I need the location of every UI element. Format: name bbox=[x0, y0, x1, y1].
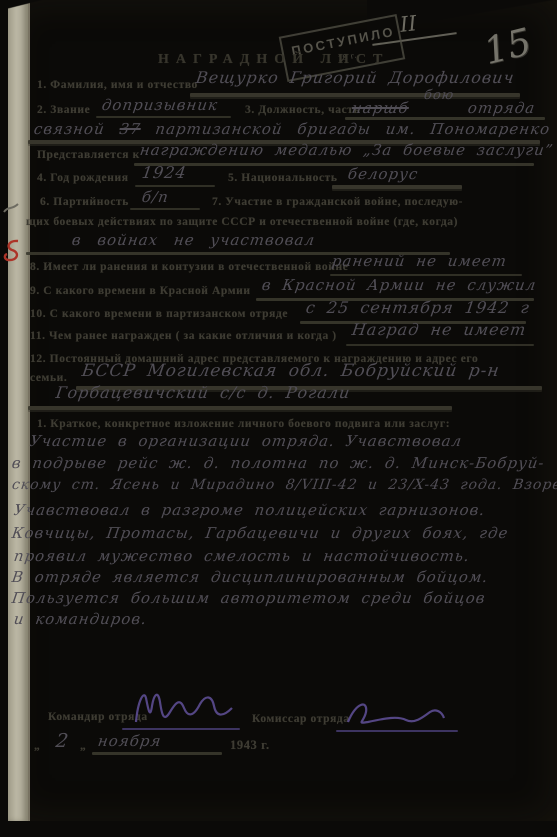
date-quote-close: „ bbox=[80, 740, 86, 752]
feat-line: Ковчицы, Протасы, Гарбацевичи и других б… bbox=[11, 524, 510, 542]
field-address-value1: БССР Могилевская обл. Бобруйский р-н bbox=[81, 361, 501, 381]
field-warservice-label2: щих боевых действиях по защите СССР и от… bbox=[26, 216, 458, 228]
date-month: ноября bbox=[97, 732, 163, 750]
document-scan: II 15 ПОСТУПИЛО 19 г. НАГРАДНОЙ ЛИСТ 1. … bbox=[0, 0, 557, 837]
underlying-page-edge bbox=[8, 0, 30, 822]
feat-line: Пользуется большим авторитетом среди бой… bbox=[11, 589, 487, 607]
field-redarmy-value: в Красной Армии не служил bbox=[261, 276, 538, 294]
field-address-value2: Горбацевичский с/с д. Рогали bbox=[55, 383, 352, 402]
field-position-unit-a: связной bbox=[33, 120, 106, 138]
date-quote-open: „ bbox=[34, 740, 40, 752]
commissar-label: Комиссар отряда bbox=[252, 713, 350, 725]
red-margin-mark bbox=[2, 238, 24, 264]
field-name-label: 1. Фамилия, имя и отчество bbox=[37, 79, 198, 91]
field-rank-value: допризывник bbox=[101, 96, 220, 114]
field-name-value: Вещурко Григорий Дорофилович bbox=[195, 68, 516, 87]
feat-heading: 1. Краткое, конкретное изложение личного… bbox=[37, 418, 450, 430]
presented-value: награждению медалью „За боевые заслуги” bbox=[139, 141, 555, 159]
document-title: НАГРАДНОЙ ЛИСТ bbox=[158, 52, 389, 68]
field-birthyear-label: 4. Год рождения bbox=[37, 172, 129, 184]
scan-bottom-edge bbox=[0, 821, 557, 837]
date-year: 1943 г. bbox=[230, 738, 270, 753]
feat-line: Учавствовал в разгроме полицейских гарни… bbox=[13, 501, 487, 519]
feat-line: Участие в организации отряда. Учавствова… bbox=[29, 432, 464, 450]
field-partisan-since-label: 10. С какого времени в партизанском отря… bbox=[30, 308, 288, 320]
feat-line: проявил мужество смелость и настойчивост… bbox=[13, 547, 471, 565]
roman-numeral-mark: II bbox=[399, 11, 418, 37]
feat-line: В отряде является дисциплинированным бой… bbox=[11, 568, 490, 586]
field-party-label: 6. Партийность bbox=[40, 196, 129, 208]
feat-line: в подрыве рейс ж. д. полотна по ж. д. Ми… bbox=[11, 454, 546, 472]
field-warservice-value: в войнах не участвовал bbox=[71, 231, 317, 249]
field-nationality-value: белорус bbox=[347, 165, 420, 183]
field-position-label: 3. Должность, часть bbox=[245, 104, 360, 116]
presented-label: Представляется к bbox=[37, 149, 140, 161]
feat-line: и командиров. bbox=[13, 610, 149, 628]
feat-line: скому ст. Ясень и Мирадино 8/VIII-42 и 2… bbox=[11, 477, 557, 493]
commissar-signature bbox=[342, 694, 452, 734]
field-wounds-value: ранений не имеет bbox=[331, 252, 508, 270]
pencil-margin-mark bbox=[2, 200, 22, 220]
field-position-above: бою bbox=[423, 88, 455, 103]
commander-signature bbox=[128, 682, 248, 730]
field-prior-awards-value: Наград не имеет bbox=[351, 320, 528, 339]
field-party-value: б/п bbox=[141, 188, 170, 206]
field-partisan-since-value: с 25 сентября 1942 г bbox=[305, 298, 531, 317]
field-position-unit-b: партизанской бригады им. Пономаренко bbox=[154, 120, 551, 138]
field-position-line2: связной 37 партизанской бригады им. Поно… bbox=[33, 120, 552, 138]
page-corner-shadow-left bbox=[8, 0, 48, 10]
field-nationality-label: 5. Национальность bbox=[228, 172, 338, 184]
field-birthyear-value: 1924 bbox=[141, 163, 188, 182]
field-rank-label: 2. Звание bbox=[37, 104, 90, 116]
field-position-tail: отряда bbox=[467, 99, 537, 117]
field-warservice-label: 7. Участие в гражданской войне, последую… bbox=[212, 196, 463, 208]
field-prior-awards-label: 11. Чем ранее награжден ( за какие отлич… bbox=[30, 330, 337, 342]
field-redarmy-label: 9. С какого времени в Красной Армии bbox=[30, 285, 251, 297]
field-position-struck: наршб bbox=[351, 99, 410, 117]
field-position-unit-struck: 37 bbox=[118, 120, 142, 138]
field-wounds-label: 8. Имеет ли ранения и контузии в отечест… bbox=[30, 261, 348, 273]
